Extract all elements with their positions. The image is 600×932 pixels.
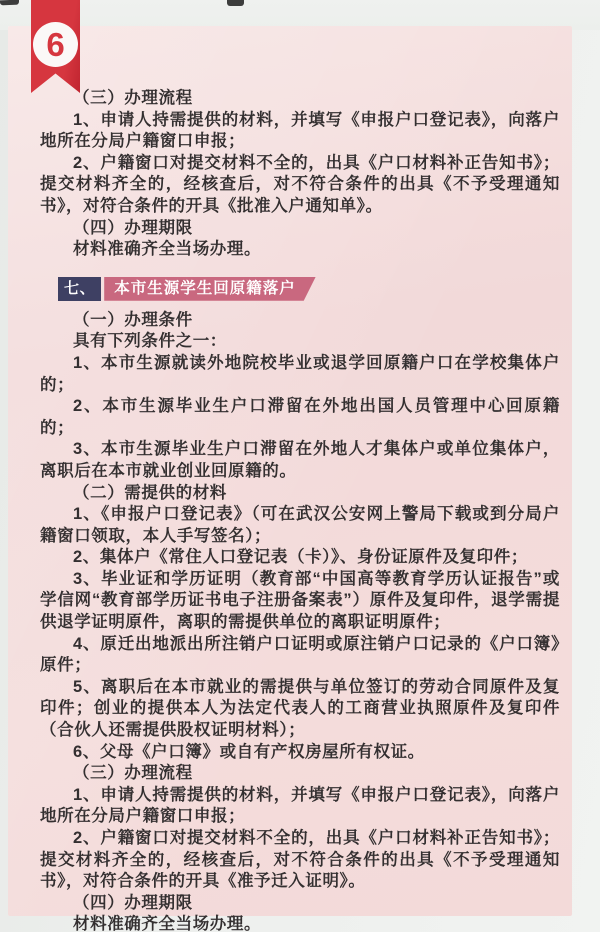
paragraph: 材料准确齐全当场办理。 xyxy=(40,239,560,261)
paragraph: 材料准确齐全当场办理。 xyxy=(40,914,560,932)
photo-background-sliver xyxy=(0,0,19,5)
paragraph: 2、本市生源毕业生户口滞留在外地出国人员管理中心回原籍的； xyxy=(40,396,560,439)
paragraph: 4、原迁出地派出所注销户口证明或原注销户口记录的《户口簿》原件； xyxy=(40,634,560,677)
content: （三）办理流程1、申请人持需提供的材料，并填写《申报户口登记表》，向落户地所在分… xyxy=(8,88,572,932)
paragraph: （四）办理期限 xyxy=(40,218,560,240)
paragraph: 1、申请人持需提供的材料，并填写《申报户口登记表》，向落户地所在分局户籍窗口申报… xyxy=(40,110,560,153)
paragraph: 1、申请人持需提供的材料，并填写《申报户口登记表》，向落户地所在分局户籍窗口申报… xyxy=(40,785,560,828)
paragraph: 2、户籍窗口对提交材料不全的，出具《户口材料补正告知书》；提交材料齐全的，经核查… xyxy=(40,828,560,893)
paragraph: 3、本市生源毕业生户口滞留在外地人才集体户或单位集体户，离职后在本市就业创业回原… xyxy=(40,439,560,482)
pink-content-panel: （三）办理流程1、申请人持需提供的材料，并填写《申报户口登记表》，向落户地所在分… xyxy=(8,26,572,916)
paragraph: （一）办理条件 xyxy=(40,310,560,332)
paragraph: 2、户籍窗口对提交材料不全的，出具《户口材料补正告知书》；提交材料齐全的，经核查… xyxy=(40,153,560,218)
paragraph: 具有下列条件之一： xyxy=(40,331,560,353)
paragraph: （三）办理流程 xyxy=(40,88,560,110)
photo-background-sliver xyxy=(227,0,244,6)
paragraph: （二）需提供的材料 xyxy=(40,483,560,505)
paragraph: （三）办理流程 xyxy=(40,763,560,785)
paragraph: 1、本市生源就读外地院校毕业或退学回原籍户口在学校集体户的； xyxy=(40,353,560,396)
paragraph: 3、毕业证和学历证明（教育部“中国高等教育学历认证报告”或学信网“教育部学历证书… xyxy=(40,569,560,634)
section-number-badge: 七、 xyxy=(58,277,101,301)
section-title: 本市生源学生回原籍落户 xyxy=(104,277,316,301)
photographed-document-page: { "page": { "page_number": "6", "colors"… xyxy=(0,0,600,932)
paragraph: 1、《申报户口登记表》（可在武汉公安网上警局下载或到分局户籍窗口领取，本人手写签… xyxy=(40,504,560,547)
section-header: 七、本市生源学生回原籍落户 xyxy=(58,277,560,301)
page-number: 6 xyxy=(33,22,78,67)
paragraph: 5、离职后在本市就业的需提供与单位签订的劳动合同原件及复印件；创业的提供本人为法… xyxy=(40,677,560,742)
paragraph: 6、父母《户口簿》或自有产权房屋所有权证。 xyxy=(40,742,560,764)
paragraph: 2、集体户《常住人口登记表（卡）》、身份证原件及复印件； xyxy=(40,547,560,569)
paragraph: （四）办理期限 xyxy=(40,893,560,915)
